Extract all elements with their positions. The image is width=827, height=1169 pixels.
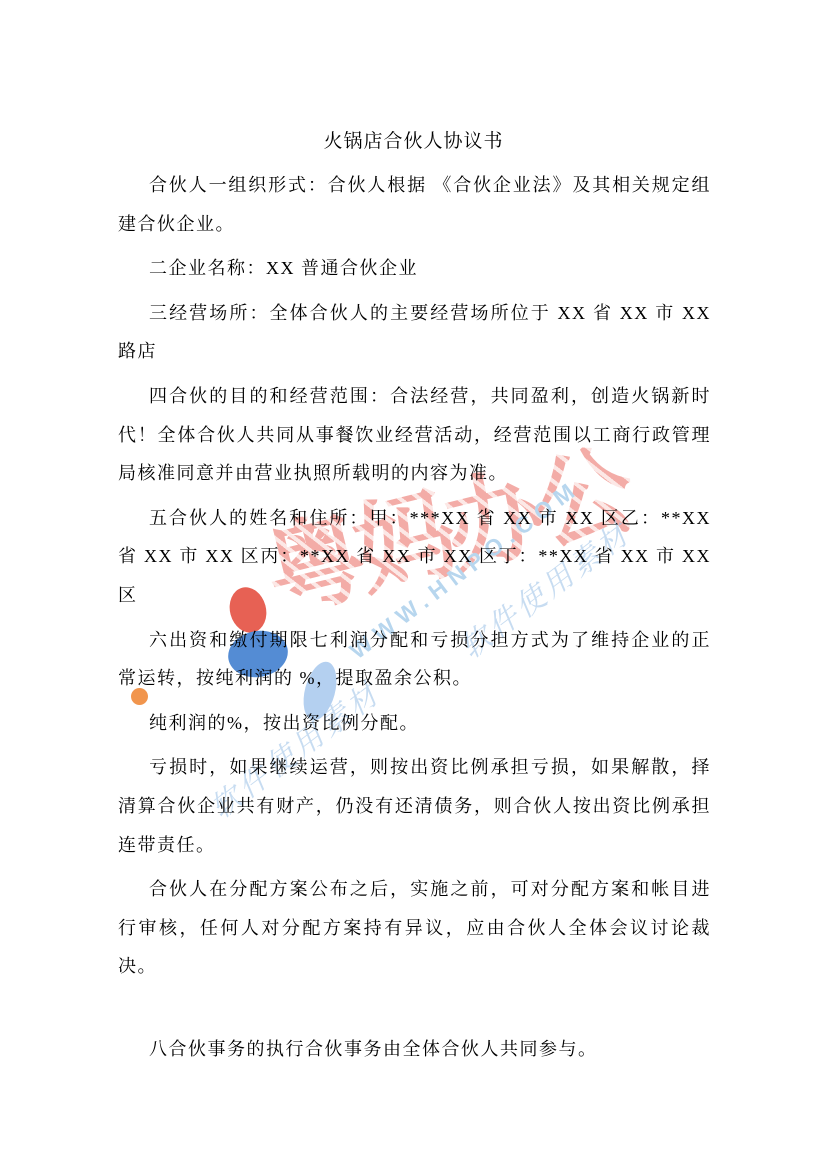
paragraph xyxy=(118,992,711,1030)
document-text-layer: 火锅店合伙人协议书 合伙人一组织形式：合伙人根据 《合伙企业法》及其相关规定组建… xyxy=(0,0,827,1169)
paragraph: 四合伙的目的和经营范围：合法经营，共同盈利，创造火锅新时代！全体合伙人共同从事餐… xyxy=(118,377,711,493)
paragraph: 二企业名称：XX 普通合伙企业 xyxy=(118,249,711,288)
document-page: 粤妈办公 WWW.HNPO.COM 软件使用素材 软件使用素材 火锅店合伙人协议… xyxy=(0,0,827,1169)
paragraph: 合伙人在分配方案公布之后，实施之前，可对分配方案和帐目进行审核，任何人对分配方案… xyxy=(118,870,711,986)
paragraph: 三经营场所：全体合伙人的主要经营场所位于 XX 省 XX 市 XX 路店 xyxy=(118,294,711,371)
paragraph: 亏损时，如果继续运营，则按出资比例承担亏损，如果解散，择清算合伙企业共有财产，仍… xyxy=(118,748,711,864)
paragraph: 五合伙人的姓名和住所：甲：***XX 省 XX 市 XX 区乙：**XX 省 X… xyxy=(118,499,711,615)
document-body: 合伙人一组织形式：合伙人根据 《合伙企业法》及其相关规定组建合伙企业。二企业名称… xyxy=(118,166,711,1074)
paragraph: 纯利润的%，按出资比例分配。 xyxy=(118,704,711,743)
paragraph: 合伙人一组织形式：合伙人根据 《合伙企业法》及其相关规定组建合伙企业。 xyxy=(118,166,711,243)
paragraph: 六出资和缴付期限七利润分配和亏损分担方式为了维持企业的正常运转，按纯利润的 %，… xyxy=(118,621,711,698)
document-title: 火锅店合伙人协议书 xyxy=(0,126,827,153)
paragraph: 八合伙事务的执行合伙事务由全体合伙人共同参与。 xyxy=(118,1030,711,1069)
